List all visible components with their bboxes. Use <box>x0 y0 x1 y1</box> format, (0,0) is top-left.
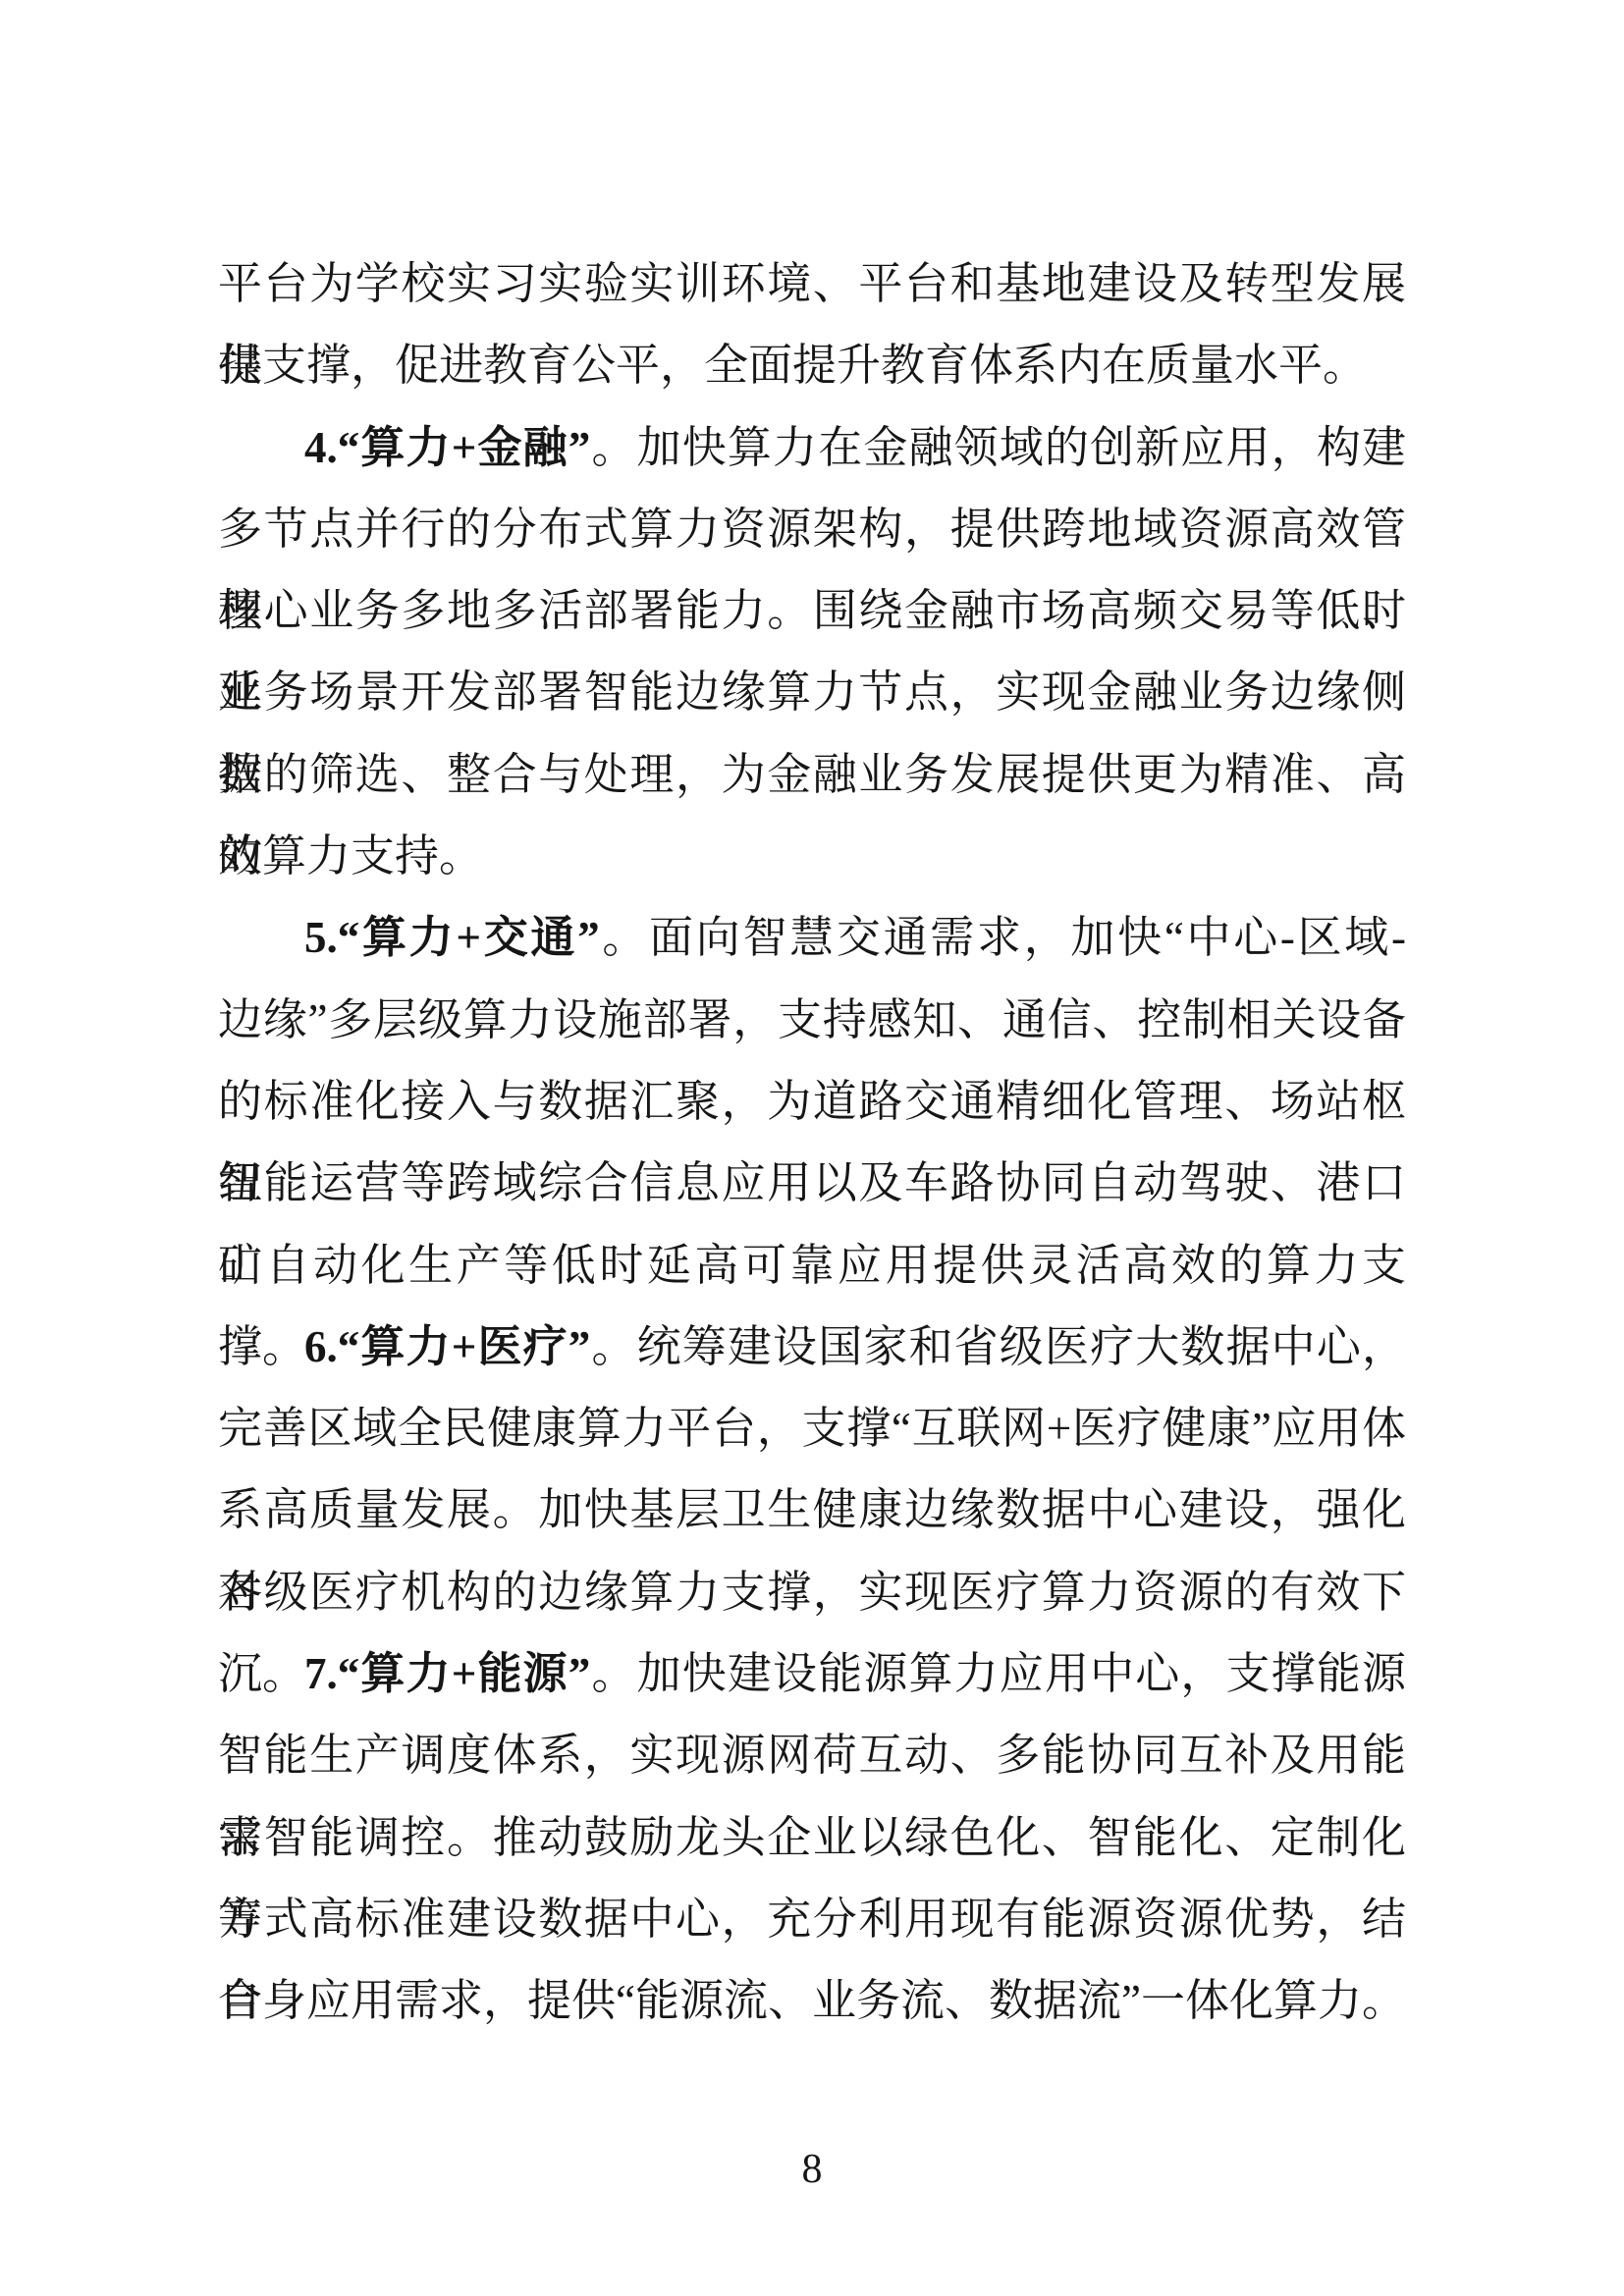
text-line: 核心业务多地多活部署能力。围绕金融市场高频交易等低时延 <box>218 570 1406 652</box>
text-line: 供支撑，促进教育公平，全面提升教育体系内在质量水平。 <box>218 325 1406 406</box>
line-text: 自身应用需求，提供“能源流、业务流、数据流”一体化算力。 <box>218 1976 1406 2025</box>
section-heading: 5.“算力+交通” <box>304 913 600 962</box>
section-heading: 7.“算力+能源” <box>304 1649 590 1698</box>
text-line: 业务场景开发部署智能边缘算力节点，实现金融业务边缘侧数 <box>218 652 1406 733</box>
text-line: 据的筛选、整合与处理，为金融业务发展提供更为精准、高效 <box>218 734 1406 816</box>
line-text: 边缘”多层级算力设施部署，支持感知、通信、控制相关设备 <box>218 995 1406 1044</box>
section-heading: 4.“算力+金融” <box>304 423 590 472</box>
line-text: 的算力支持。 <box>218 831 483 881</box>
text-line: 4.“算力+金融”。加快算力在金融领域的创新应用，构建 <box>218 407 1406 489</box>
text-line: 5.“算力+交通”。面向智慧交通需求，加快“中心-区域- <box>218 897 1406 979</box>
page-number: 8 <box>0 2142 1624 2197</box>
text-line: 求智能调控。推动鼓励龙头企业以绿色化、智能化、定制化等 <box>218 1797 1406 1879</box>
text-line: 多节点并行的分布式算力资源架构，提供跨地域资源高效管理、 <box>218 489 1406 570</box>
text-line: 7.“算力+能源”。加快建设能源算力应用中心，支撑能源 <box>218 1633 1406 1715</box>
text-line: 方式高标准建设数据中心，充分利用现有能源资源优势，结合 <box>218 1879 1406 1960</box>
text-line: 平台为学校实习实验实训环境、平台和基地建设及转型发展提 <box>218 243 1406 325</box>
text-line: 自身应用需求，提供“能源流、业务流、数据流”一体化算力。 <box>218 1960 1406 2042</box>
text-line: 智能运营等跨域综合信息应用以及车路协同自动驾驶、港口矿 <box>218 1143 1406 1224</box>
text-line: 的算力支持。 <box>218 816 1406 897</box>
line-text: 。面向智慧交通需求，加快“中心-区域- <box>600 913 1406 962</box>
line-text: 。统筹建设国家和省级医疗大数据中心， <box>590 1322 1406 1371</box>
section-heading: 6.“算力+医疗” <box>304 1322 590 1371</box>
text-line: 山自动化生产等低时延高可靠应用提供灵活高效的算力支撑。 <box>218 1225 1406 1307</box>
text-line: 的标准化接入与数据汇聚，为道路交通精细化管理、场站枢纽 <box>218 1061 1406 1143</box>
text-body: 平台为学校实习实验实训环境、平台和基地建设及转型发展提 供支撑，促进教育公平，全… <box>218 243 1406 2043</box>
line-text: 完善区域全民健康算力平台，支撑“互联网+医疗健康”应用体 <box>218 1404 1406 1453</box>
text-line: 智能生产调度体系，实现源网荷互动、多能协同互补及用能需 <box>218 1715 1406 1796</box>
document-page: 平台为学校实习实验实训环境、平台和基地建设及转型发展提 供支撑，促进教育公平，全… <box>0 0 1624 2296</box>
text-line: 边缘”多层级算力设施部署，支持感知、通信、控制相关设备 <box>218 980 1406 1061</box>
text-line: 6.“算力+医疗”。统筹建设国家和省级医疗大数据中心， <box>218 1307 1406 1388</box>
line-text: 。加快算力在金融领域的创新应用，构建 <box>590 423 1406 472</box>
text-line: 完善区域全民健康算力平台，支撑“互联网+医疗健康”应用体 <box>218 1388 1406 1469</box>
text-line: 系高质量发展。加快基层卫生健康边缘数据中心建设，强化对 <box>218 1469 1406 1551</box>
line-text: 供支撑，促进教育公平，全面提升教育体系内在质量水平。 <box>218 341 1367 390</box>
text-line: 各级医疗机构的边缘算力支撑，实现医疗算力资源的有效下沉。 <box>218 1552 1406 1633</box>
line-text: 。加快建设能源算力应用中心，支撑能源 <box>590 1649 1406 1698</box>
